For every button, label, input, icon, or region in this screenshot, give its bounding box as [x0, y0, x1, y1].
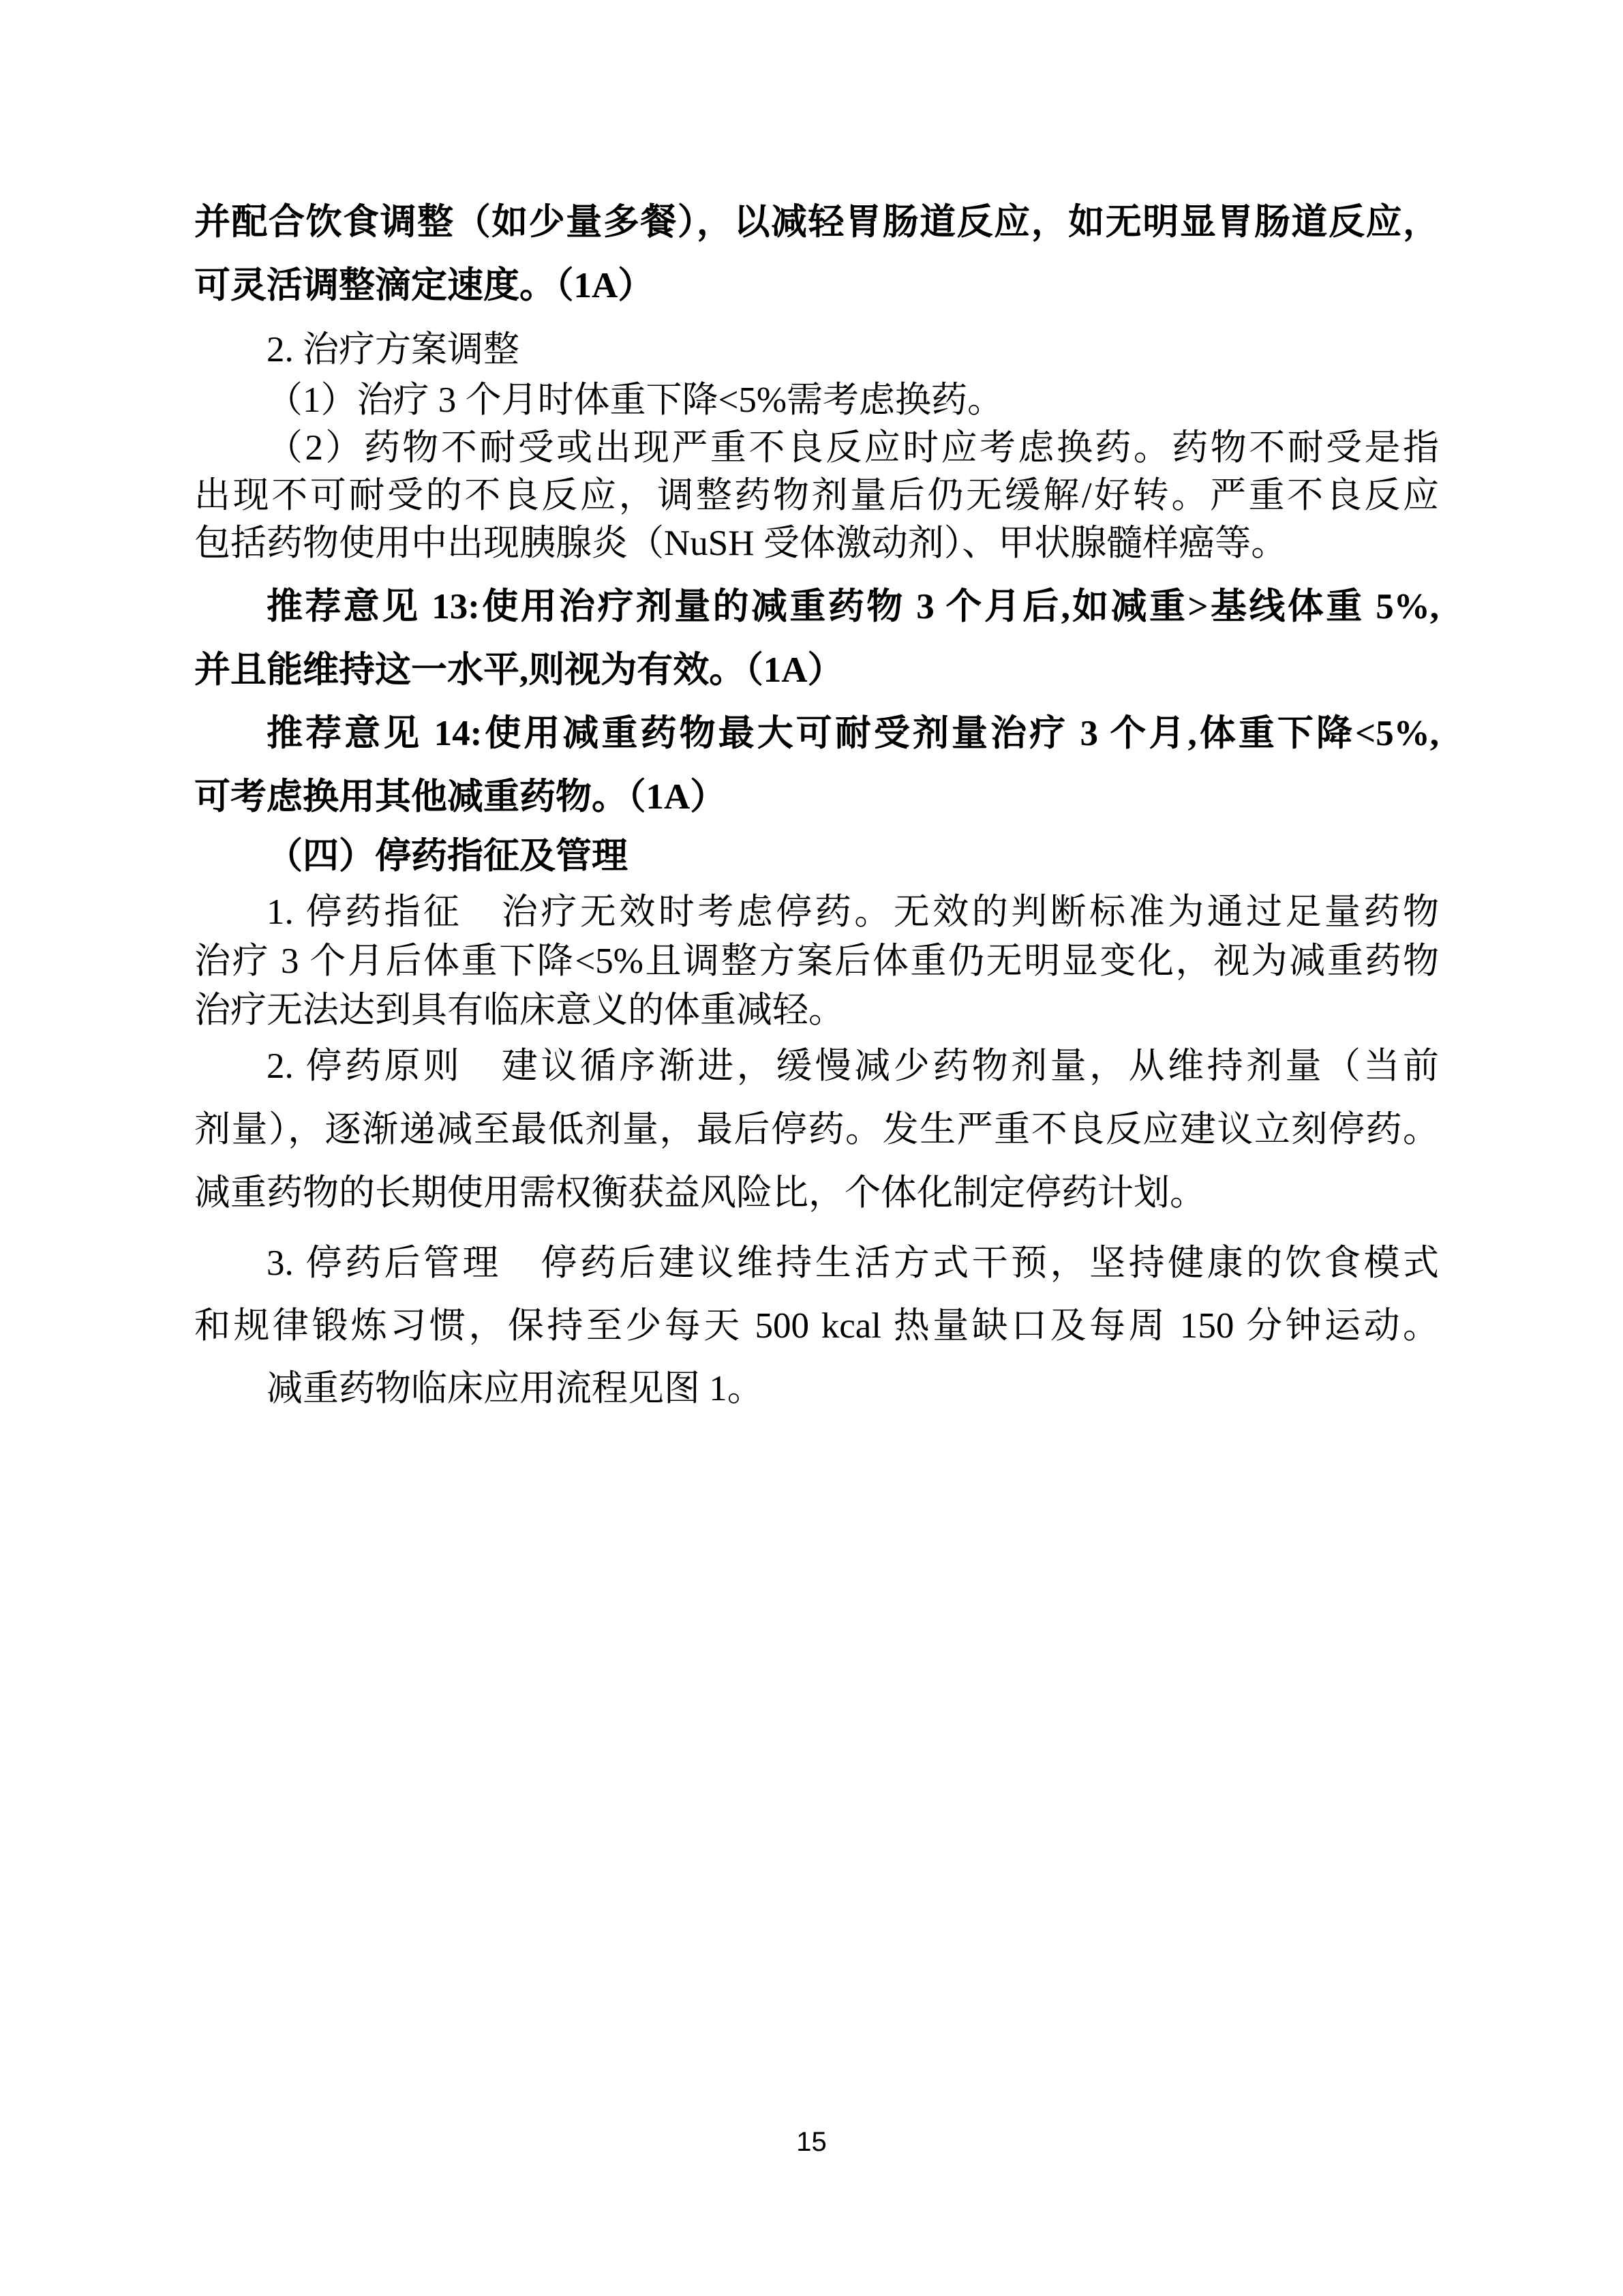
text-line: 推荐意见 13:使用治疗剂量的减重药物 3 个月后,如减重>基线体重 5%, [194, 575, 1439, 639]
text-line: 减重药物的长期使用需权衡获益风险比，个体化制定停药计划。 [194, 1162, 1439, 1225]
text-line: 2. 治疗方案调整 [194, 323, 1439, 376]
document-body: 并配合饮食调整（如少量多餐），以减轻胃肠道反应，如无明显胃肠道反应， 可灵活调整… [194, 191, 1439, 1421]
text-line: 推荐意见 14:使用减重药物最大可耐受剂量治疗 3 个月,体重下降<5%, [194, 702, 1439, 766]
paragraph-recommendation-14: 推荐意见 14:使用减重药物最大可耐受剂量治疗 3 个月,体重下降<5%, 可考… [194, 702, 1439, 829]
text-line: （2）药物不耐受或出现严重不良反应时应考虑换药。药物不耐受是指 [194, 424, 1439, 472]
text-line: 治疗 3 个月后体重下降<5%且调整方案后体重仍无明显变化，视为减重药物 [194, 937, 1439, 986]
text-line: 3. 停药后管理 停药后建议维持生活方式干预，坚持健康的饮食模式 [194, 1232, 1439, 1295]
paragraph-section-heading-4: （四）停药指征及管理 [194, 829, 1439, 883]
page-number: 15 [0, 2126, 1623, 2158]
text-line: 治疗无法达到具有临床意义的体重减轻。 [194, 986, 1439, 1035]
document-page: 并配合饮食调整（如少量多餐），以减轻胃肠道反应，如无明显胃肠道反应， 可灵活调整… [0, 0, 1623, 2296]
paragraph-titration-continued: 并配合饮食调整（如少量多餐），以减轻胃肠道反应，如无明显胃肠道反应， 可灵活调整… [194, 191, 1439, 318]
text-line: 1. 停药指征 治疗无效时考虑停药。无效的判断标准为通过足量药物 [194, 888, 1439, 937]
text-line: 可灵活调整滴定速度。（1A） [194, 254, 1439, 318]
text-line: 和规律锻炼习惯，保持至少每天 500 kcal 热量缺口及每周 150 分钟运动… [194, 1295, 1439, 1357]
paragraph-post-stop-management: 3. 停药后管理 停药后建议维持生活方式干预，坚持健康的饮食模式 和规律锻炼习惯… [194, 1232, 1439, 1357]
text-line: 可考虑换用其他减重药物。（1A） [194, 766, 1439, 829]
paragraph-item-1: （1）治疗 3 个月时体重下降<5%需考虑换药。 [194, 376, 1439, 424]
text-line: 减重药物临床应用流程见图 1。 [194, 1357, 1439, 1421]
paragraph-item-2: （2）药物不耐受或出现严重不良反应时应考虑换药。药物不耐受是指 出现不可耐受的不… [194, 424, 1439, 567]
paragraph-figure-reference: 减重药物临床应用流程见图 1。 [194, 1357, 1439, 1421]
text-line: 出现不可耐受的不良反应，调整药物剂量后仍无缓解/好转。严重不良反应 [194, 472, 1439, 519]
text-line: 包括药物使用中出现胰腺炎（NuSH 受体激动剂）、甲状腺髓样癌等。 [194, 519, 1439, 567]
text-line: 剂量），逐渐递减至最低剂量，最后停药。发生严重不良反应建议立刻停药。 [194, 1098, 1439, 1162]
paragraph-recommendation-13: 推荐意见 13:使用治疗剂量的减重药物 3 个月后,如减重>基线体重 5%, 并… [194, 575, 1439, 702]
text-line: （1）治疗 3 个月时体重下降<5%需考虑换药。 [194, 376, 1439, 424]
paragraph-heading-treatment-adjustment: 2. 治疗方案调整 [194, 323, 1439, 376]
text-line: 2. 停药原则 建议循序渐进，缓慢减少药物剂量，从维持剂量（当前 [194, 1035, 1439, 1098]
paragraph-stop-indication: 1. 停药指征 治疗无效时考虑停药。无效的判断标准为通过足量药物 治疗 3 个月… [194, 888, 1439, 1035]
paragraph-stop-principle: 2. 停药原则 建议循序渐进，缓慢减少药物剂量，从维持剂量（当前 剂量），逐渐递… [194, 1035, 1439, 1225]
text-line: 并且能维持这一水平,则视为有效。（1A） [194, 639, 1439, 702]
text-line: 并配合饮食调整（如少量多餐），以减轻胃肠道反应，如无明显胃肠道反应， [194, 191, 1439, 254]
text-line: （四）停药指征及管理 [194, 829, 1439, 883]
